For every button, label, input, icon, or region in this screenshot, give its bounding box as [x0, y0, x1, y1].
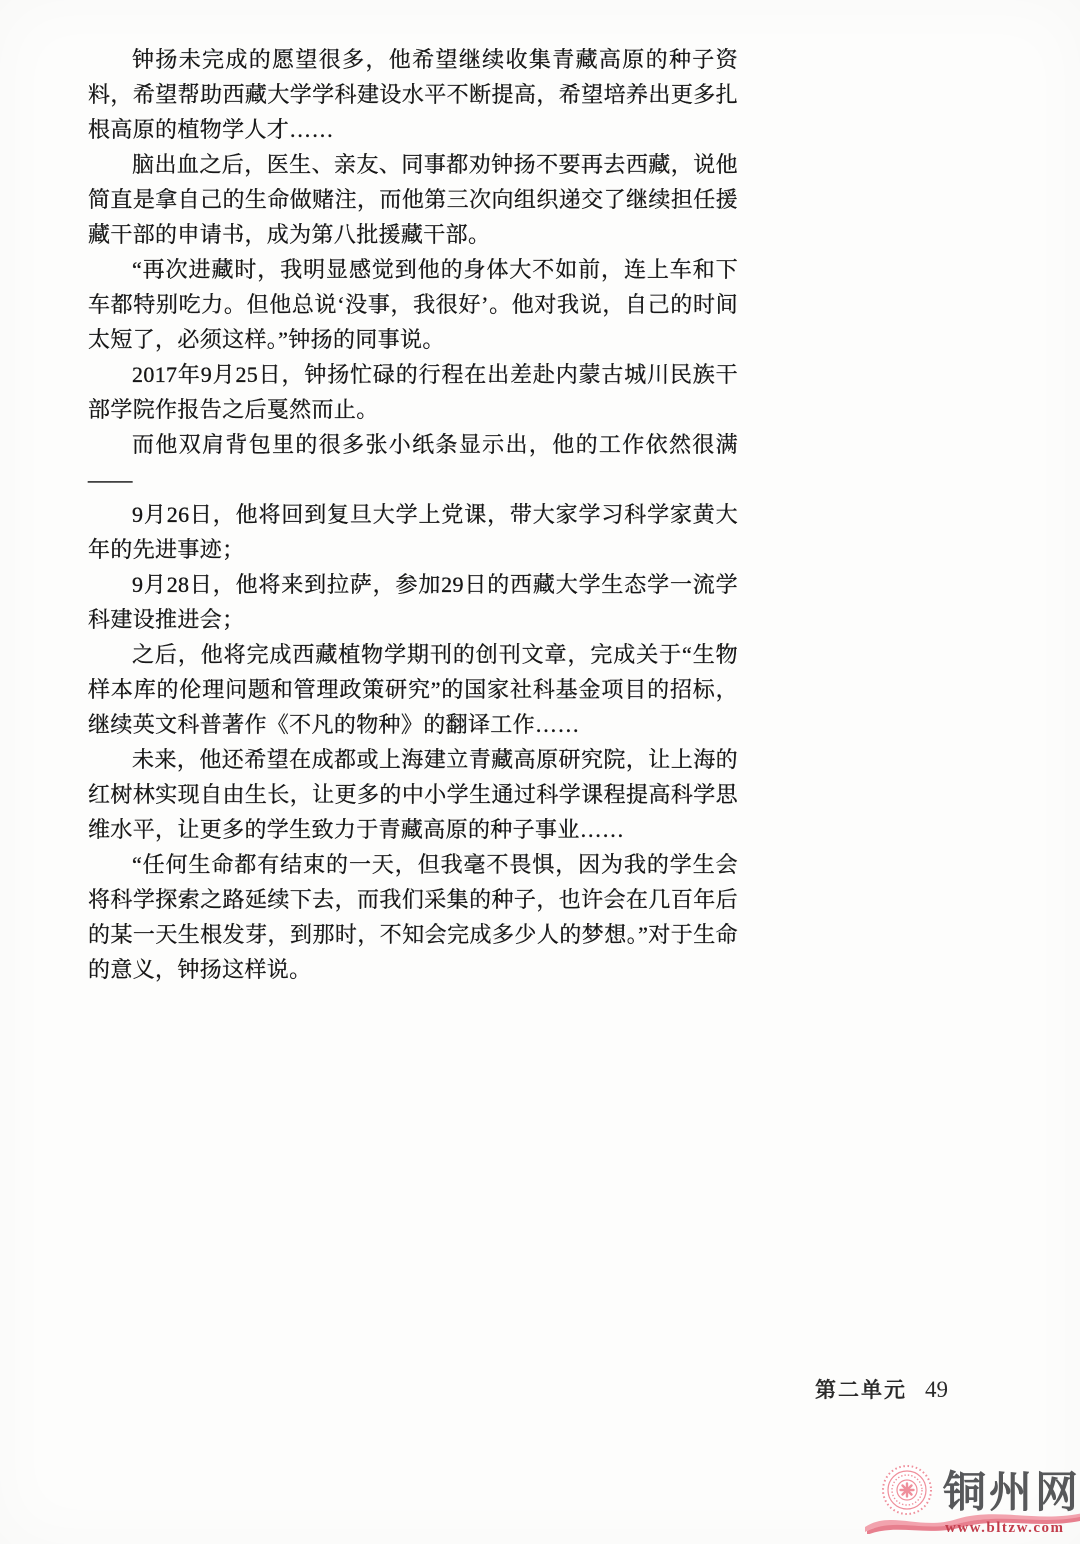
page-footer: 第二单元 49	[815, 1374, 948, 1404]
paragraph: 而他双肩背包里的很多张小纸条显示出，他的工作依然很满——	[88, 427, 738, 497]
paragraph: 2017年9月25日，钟扬忙碌的行程在出差赴内蒙古城川民族干部学院作报告之后戛然…	[88, 357, 738, 427]
page-number: 49	[925, 1377, 948, 1403]
watermark-site-name: 铜州网	[943, 1472, 1080, 1515]
paragraph: “再次进藏时，我明显感觉到他的身体大不如前，连上车和下车都特别吃力。但他总说‘没…	[88, 252, 738, 357]
paragraph: 未来，他还希望在成都或上海建立青藏高原研究院，让上海的红树林实现自由生长，让更多…	[88, 742, 738, 847]
paragraph: 脑出血之后，医生、亲友、同事都劝钟扬不要再去西藏，说他简直是拿自己的生命做赌注，…	[88, 147, 738, 252]
paragraph: 钟扬未完成的愿望很多，他希望继续收集青藏高原的种子资料，希望帮助西藏大学学科建设…	[88, 42, 738, 147]
paragraph: 9月28日，他将来到拉萨，参加29日的西藏大学生态学一流学科建设推进会；	[88, 567, 738, 637]
paragraph: 9月26日，他将回到复旦大学上党课，带大家学习科学家黄大年的先进事迹；	[88, 497, 738, 567]
site-watermark: 铜州网 www.bltzw.com	[865, 1460, 1080, 1544]
unit-label: 第二单元	[815, 1374, 907, 1404]
paragraph: “任何生命都有结束的一天，但我毫不畏惧，因为我的学生会将科学探索之路延续下去，而…	[88, 847, 738, 987]
article-body: 钟扬未完成的愿望很多，他希望继续收集青藏高原的种子资料，希望帮助西藏大学学科建设…	[88, 42, 738, 987]
watermark-site-url: www.bltzw.com	[945, 1520, 1065, 1537]
scanned-textbook-page: 钟扬未完成的愿望很多，他希望继续收集青藏高原的种子资料，希望帮助西藏大学学科建设…	[0, 0, 1080, 1544]
paragraph: 之后，他将完成西藏植物学期刊的创刊文章，完成关于“生物样本库的伦理问题和管理政策…	[88, 637, 738, 742]
